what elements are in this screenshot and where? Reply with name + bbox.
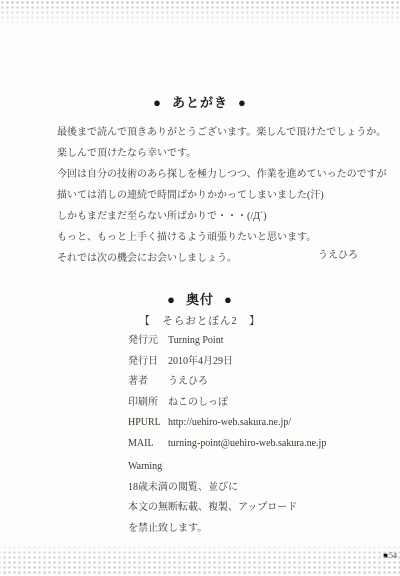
colophon-entry-printer: 印刷所ねこのしっぽ <box>128 393 390 414</box>
colophon-entry-value: 2010年4月29日 <box>168 356 233 367</box>
colophon-heading-text: 奥付 <box>186 292 214 307</box>
colophon-list: 発行元Turning Point 発行日2010年4月29日 著者うえひろ 印刷… <box>128 331 390 455</box>
colophon-entry-label: MAIL <box>128 434 164 455</box>
afterword-line: もっと、もっと上手く描けるよう頑張りたいと思います。 <box>57 227 386 248</box>
bullet-icon: ● <box>238 95 247 110</box>
colophon-heading: ●奥付● <box>0 289 400 308</box>
warning-block: Warning 18歳未満の閲覧、並びに 本文の無断転載、複製、アップロード を… <box>128 457 390 539</box>
colophon-entry-author: 著者うえひろ <box>128 372 390 393</box>
halftone-gradient-top <box>0 0 400 27</box>
colophon-entry-mail: MAILturning-point@uehiro-web.sakura.ne.j… <box>128 434 390 455</box>
square-marker-icon: ■ <box>383 551 388 560</box>
colophon-entry-label: 発行元 <box>128 331 164 352</box>
afterword-heading: ●あとがき● <box>0 92 400 111</box>
colophon-entry-label: 発行日 <box>128 352 164 373</box>
page-number-marker: ■54 <box>383 551 397 561</box>
afterword-line: しかもまだまだ至らない所ばかりで・・・(/Д`) <box>57 206 386 227</box>
warning-line: を禁止致します。 <box>128 519 390 540</box>
afterword-line: 描いては消しの連続で時間ばかりかかってしまいました(汗) <box>57 185 386 206</box>
colophon-entry-value: turning-point@uehiro-web.sakura.ne.jp <box>168 438 326 449</box>
afterword-heading-text: あとがき <box>172 95 228 110</box>
warning-heading: Warning <box>128 457 390 478</box>
colophon-entry-publisher: 発行元Turning Point <box>128 331 390 352</box>
afterword-line: 最後まで読んで頂きありがとうございます。楽しんで頂けたでしょうか。 <box>57 122 386 143</box>
colophon-entry-value: Turning Point <box>168 335 223 346</box>
book-title: 【 そらおとぼん2 】 <box>0 313 400 328</box>
colophon-entry-label: HPURL <box>128 413 164 434</box>
afterword-line: 今回は自分の技術のあら探しを極力しつつ、作業を進めていったのですが <box>57 164 386 185</box>
warning-line: 18歳未満の閲覧、並びに <box>128 478 390 499</box>
author-signature: うえひろ <box>318 246 358 261</box>
halftone-gradient-bottom <box>0 543 400 576</box>
bullet-icon: ● <box>224 292 233 307</box>
page-number: 54 <box>389 551 397 560</box>
bullet-icon: ● <box>153 95 162 110</box>
bullet-icon: ● <box>167 292 176 307</box>
scanned-doujinshi-page: ●あとがき● 最後まで読んで頂きありがとうございます。楽しんで頂けたでしょうか。… <box>0 0 400 576</box>
warning-line: 本文の無断転載、複製、アップロード <box>128 498 390 519</box>
colophon-entry-label: 印刷所 <box>128 393 164 414</box>
colophon-entry-homepage-url: HPURLhttp://uehiro-web.sakura.ne.jp/ <box>128 413 390 434</box>
colophon-entry-value: http://uehiro-web.sakura.ne.jp/ <box>168 417 291 428</box>
colophon-entry-label: 著者 <box>128 372 164 393</box>
colophon-entry-value: ねこのしっぽ <box>168 397 228 408</box>
colophon-entry-value: うえひろ <box>168 376 208 387</box>
colophon-entry-publish-date: 発行日2010年4月29日 <box>128 352 390 373</box>
afterword-line: 楽しんで頂けたなら幸いです。 <box>57 143 386 164</box>
